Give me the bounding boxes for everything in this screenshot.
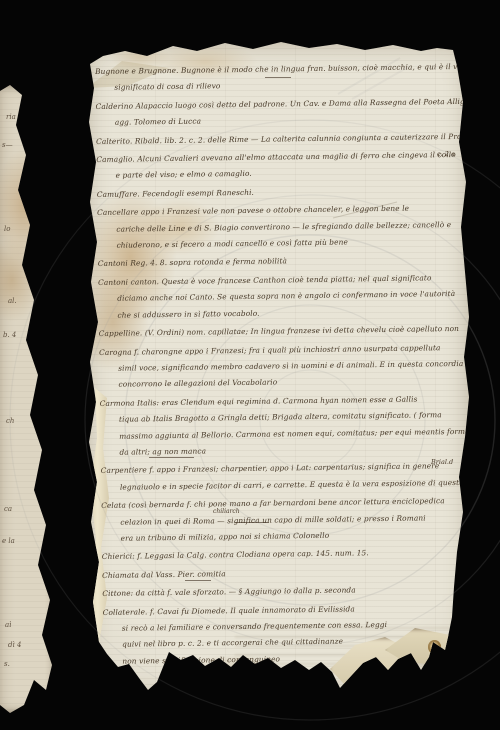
text-line: significato di cosa di rilievo	[114, 75, 465, 96]
underpage-text-fragment: ch	[6, 417, 14, 425]
manuscript-photo: rias—loal.b. 4chcae laaìdì 4s. Bugnone e…	[0, 0, 500, 730]
manuscript-entry: Celata (così bernarda f. chi pone mano a…	[101, 493, 472, 547]
manuscript-entry: Cancellare appo i Franzesi vale non pave…	[97, 200, 468, 254]
underpage-text-fragment: aì	[5, 621, 11, 629]
manuscript-page: Bugnone e Brugnone. Bugnone è il modo ch…	[85, 42, 470, 700]
manuscript-entry: Carpentiere f. appo i Franzesi; charpent…	[101, 458, 471, 496]
interlinear-insertion: chiliarch	[213, 508, 240, 515]
underlying-page-edge: rias—loal.b. 4chcae laaìdì 4s.	[0, 85, 60, 713]
manuscript-entry: Carmona Italis: eras Clendum equi regimi…	[100, 391, 471, 462]
underpage-text-fragment: dì 4	[8, 641, 21, 649]
manuscript-entry: Collaterale. f. Cavai fu Diomede. Il qua…	[103, 599, 474, 670]
ink-underline	[149, 457, 194, 458]
underpage-text-fragment: ca	[4, 505, 12, 513]
text-line: era un tribuno di milizia, appo noi si c…	[121, 526, 472, 547]
underpage-text-fragment: lo	[4, 225, 10, 233]
ink-underline	[185, 580, 211, 581]
ink-strikethrough	[235, 522, 269, 523]
underpage-text-fragment: al.	[8, 297, 17, 305]
underpage-text-fragment: b. 4	[3, 331, 16, 339]
underpage-text-fragment: s.	[4, 660, 10, 668]
ink-blot-seal	[428, 640, 441, 654]
text-line: chiuderono, e si fecero a modi cancello …	[116, 233, 467, 254]
text-line: e parte del viso; e elmo a camaglio.	[115, 163, 466, 184]
manuscript-entry: Camaglio. Alcuni Cavalieri avevano all'e…	[96, 147, 466, 185]
text-line: concorrono le allegazioni del Vocabolari…	[118, 372, 469, 393]
manuscript-entry: Carogna f. charongne appo i Franzesi; fr…	[99, 339, 470, 393]
underpage-text-fragment: e la	[2, 537, 15, 545]
underpage-text-fragment: s—	[2, 141, 13, 149]
manuscript-entry: Cantoni canton. Questa è voce francese C…	[98, 270, 469, 324]
ink-underline	[265, 77, 291, 78]
underpage-text-fragment: ria	[6, 113, 16, 121]
marginal-note: c. 2.a	[437, 150, 455, 158]
text-line: agg. Tolomeo di Lucca	[115, 110, 466, 131]
manuscript-text: Bugnone e Brugnone. Bugnone è il modo ch…	[95, 59, 473, 672]
manuscript-entry: Calderino Alapaccio luogo così detto del…	[95, 94, 465, 132]
marginal-note: Brial.d	[431, 458, 453, 466]
